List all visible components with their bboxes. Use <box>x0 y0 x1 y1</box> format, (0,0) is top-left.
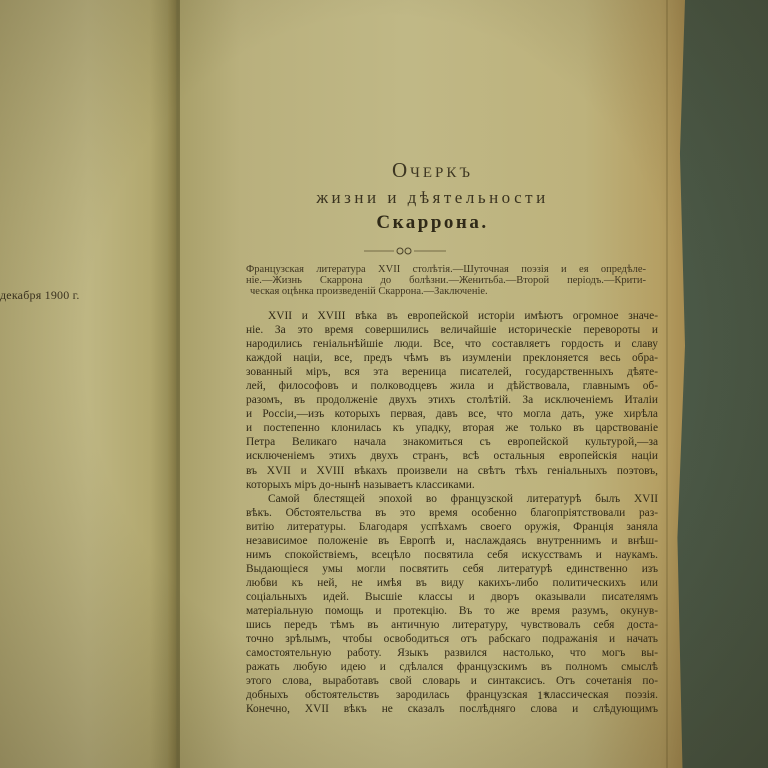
body-line: самостоятельную работу. Языкъ развился н… <box>246 646 658 660</box>
summary-line: ніе.—Жизнь Скаррона до болѣзни.—Женитьба… <box>246 275 646 286</box>
body-line: лей, философовъ и полководцевъ жила и дѣ… <box>246 379 658 393</box>
body-line: Выдающіеся умы могли посвятить себя лите… <box>246 562 658 576</box>
body-line: Петра Великаго начала знакомиться съ евр… <box>246 435 658 449</box>
body-line: ражать любую идею и сдѣлался французским… <box>246 660 658 674</box>
ornament-divider-icon <box>360 247 450 255</box>
body-line: разомъ, въ продолженіе двухъ этихъ столѣ… <box>246 393 658 407</box>
body-line: добныхъ обстоятельствъ зародилась францу… <box>246 688 658 702</box>
body-line: витію литературы. Благодаря успѣхамъ сво… <box>246 520 658 534</box>
body-line: исключеніемъ этихъ двухъ странъ, всѣ ост… <box>246 449 658 463</box>
body-line: шись передъ тѣмъ въ античную литературу,… <box>246 618 658 632</box>
signature-mark: 1* <box>537 688 549 703</box>
chapter-heading-line-2: жизни и дѣятельности <box>180 188 685 208</box>
body-line: и Россіи,—изъ которыхъ первая, давъ все,… <box>246 407 658 421</box>
body-line: зованный міръ, вся эта вереница писателе… <box>246 365 658 379</box>
body-line: точно зрѣлымъ, чтобы освободиться отъ ра… <box>246 632 658 646</box>
body-line: нимъ спокойствіемъ, всецѣло посвятила се… <box>246 548 658 562</box>
body-line: матеріальную помощь и протекцію. Въ то ж… <box>246 604 658 618</box>
body-text: XVII и XVIII вѣка въ европейской исторіи… <box>246 309 658 716</box>
body-line: вѣкъ. Обстоятельства въ это время особен… <box>246 506 658 520</box>
body-line: XVII и XVIII вѣка въ европейской исторіи… <box>246 309 658 323</box>
body-line: въ XVII и XVIII вѣкахъ произвели на свѣт… <box>246 464 658 478</box>
body-line: Конечно, XVII вѣкъ не сказалъ послѣдняго… <box>246 702 658 716</box>
body-line: соціальныхъ идей. Высшіе классы и дворъ … <box>246 590 658 604</box>
chapter-heading-line-3: Скаррона. <box>180 212 685 234</box>
left-page: декабря 1900 г. <box>0 0 176 768</box>
chapter-summary: Французская литература XVII столѣтія.—Шу… <box>246 264 646 297</box>
summary-line: Французская литература XVII столѣтія.—Шу… <box>246 264 646 275</box>
body-line: любви къ ней, не имѣя въ виду какихъ-либ… <box>246 576 658 590</box>
left-page-date-fragment: декабря 1900 г. <box>0 288 80 303</box>
body-line: которыхъ міръ до-нынѣ называетъ классика… <box>246 478 658 492</box>
summary-line: ческая оцѣнка произведеній Скаррона.—Зак… <box>246 286 646 297</box>
body-line: каждой націи, все, предъ чѣмъ въ изумлен… <box>246 351 658 365</box>
body-line: Самой блестящей эпохой во французской ли… <box>246 492 658 506</box>
body-line: независимое положеніе въ Европѣ и, насла… <box>246 534 658 548</box>
page-edge <box>666 0 668 768</box>
body-line: ніе. За это время совершились величайшіе… <box>246 323 658 337</box>
chapter-heading-line-1: Очеркъ <box>180 158 685 183</box>
body-line: этого слова, выработавъ свой словарь и с… <box>246 674 658 688</box>
body-line: и постепенно клонилась къ упадку, вторая… <box>246 421 658 435</box>
body-line: народились геніальнѣйшіе люди. Все, что … <box>246 337 658 351</box>
